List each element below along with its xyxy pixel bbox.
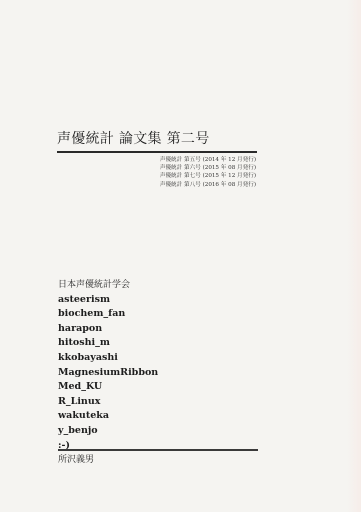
member-name: harapon [58,322,158,337]
organization-name: 日本声優統計学会 [58,278,158,293]
member-name: hitoshi_m [58,336,158,351]
member-name: asteerism [58,293,158,308]
page-title: 声優統計 論文集 第二号 [57,128,210,148]
member-list: 日本声優統計学会 asteerism biochem_fan harapon h… [58,278,158,468]
member-name: y_benjo [58,424,158,439]
footer-divider [58,449,258,451]
member-name: Med_KU [58,380,158,395]
member-name: biochem_fan [58,307,158,322]
document-page: 声優統計 論文集 第二号 声優統計 第五号 (2014 年 12 月発行) 声優… [0,0,361,512]
member-name: wakuteka [58,409,158,424]
issue-line: 声優統計 第八号 (2016 年 08 月発行) [160,181,256,189]
title-divider [57,151,257,153]
member-name: MagnesiumRibbon [58,366,158,381]
member-name: R_Linux [58,395,158,410]
member-name: kkobayashi [58,351,158,366]
issue-line: 声優統計 第五号 (2014 年 12 月発行) [160,156,256,164]
issue-list: 声優統計 第五号 (2014 年 12 月発行) 声優統計 第六号 (2015 … [160,156,256,189]
member-name: 所沢義男 [58,453,158,468]
page-edge-shading [347,0,361,512]
issue-line: 声優統計 第六号 (2015 年 08 月発行) [160,164,256,172]
issue-line: 声優統計 第七号 (2015 年 12 月発行) [160,172,256,180]
